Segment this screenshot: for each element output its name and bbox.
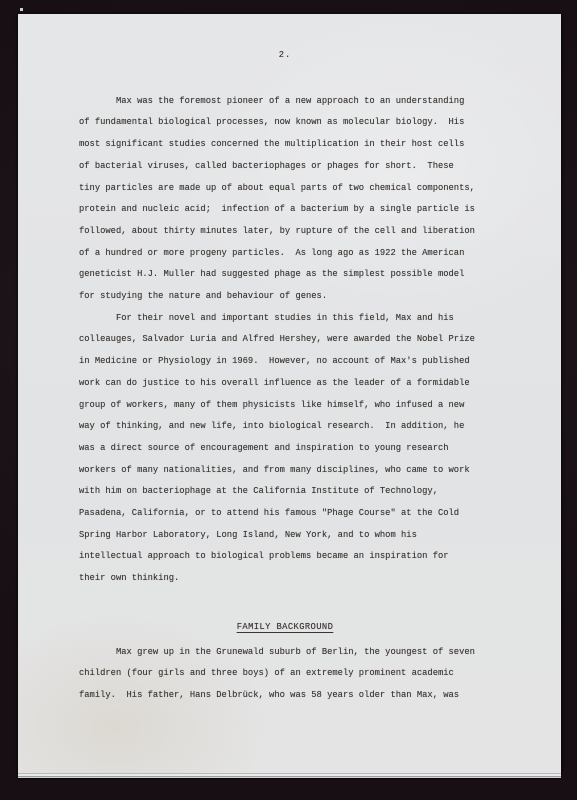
page-number: 2. [79, 45, 491, 67]
paragraph-intro: Max was the foremost pioneer of a new ap… [79, 91, 491, 308]
scan-background: 2. Max was the foremost pioneer of a new… [0, 0, 577, 800]
paragraph-family: Max grew up in the Grunewald suburb of B… [79, 642, 491, 707]
document-page: 2. Max was the foremost pioneer of a new… [18, 14, 561, 773]
paragraph-nobel: For their novel and important studies in… [79, 308, 491, 590]
section-heading-row: FAMILY BACKGROUND [79, 617, 491, 639]
section-heading: FAMILY BACKGROUND [237, 622, 334, 632]
text-column: 2. Max was the foremost pioneer of a new… [79, 14, 491, 707]
